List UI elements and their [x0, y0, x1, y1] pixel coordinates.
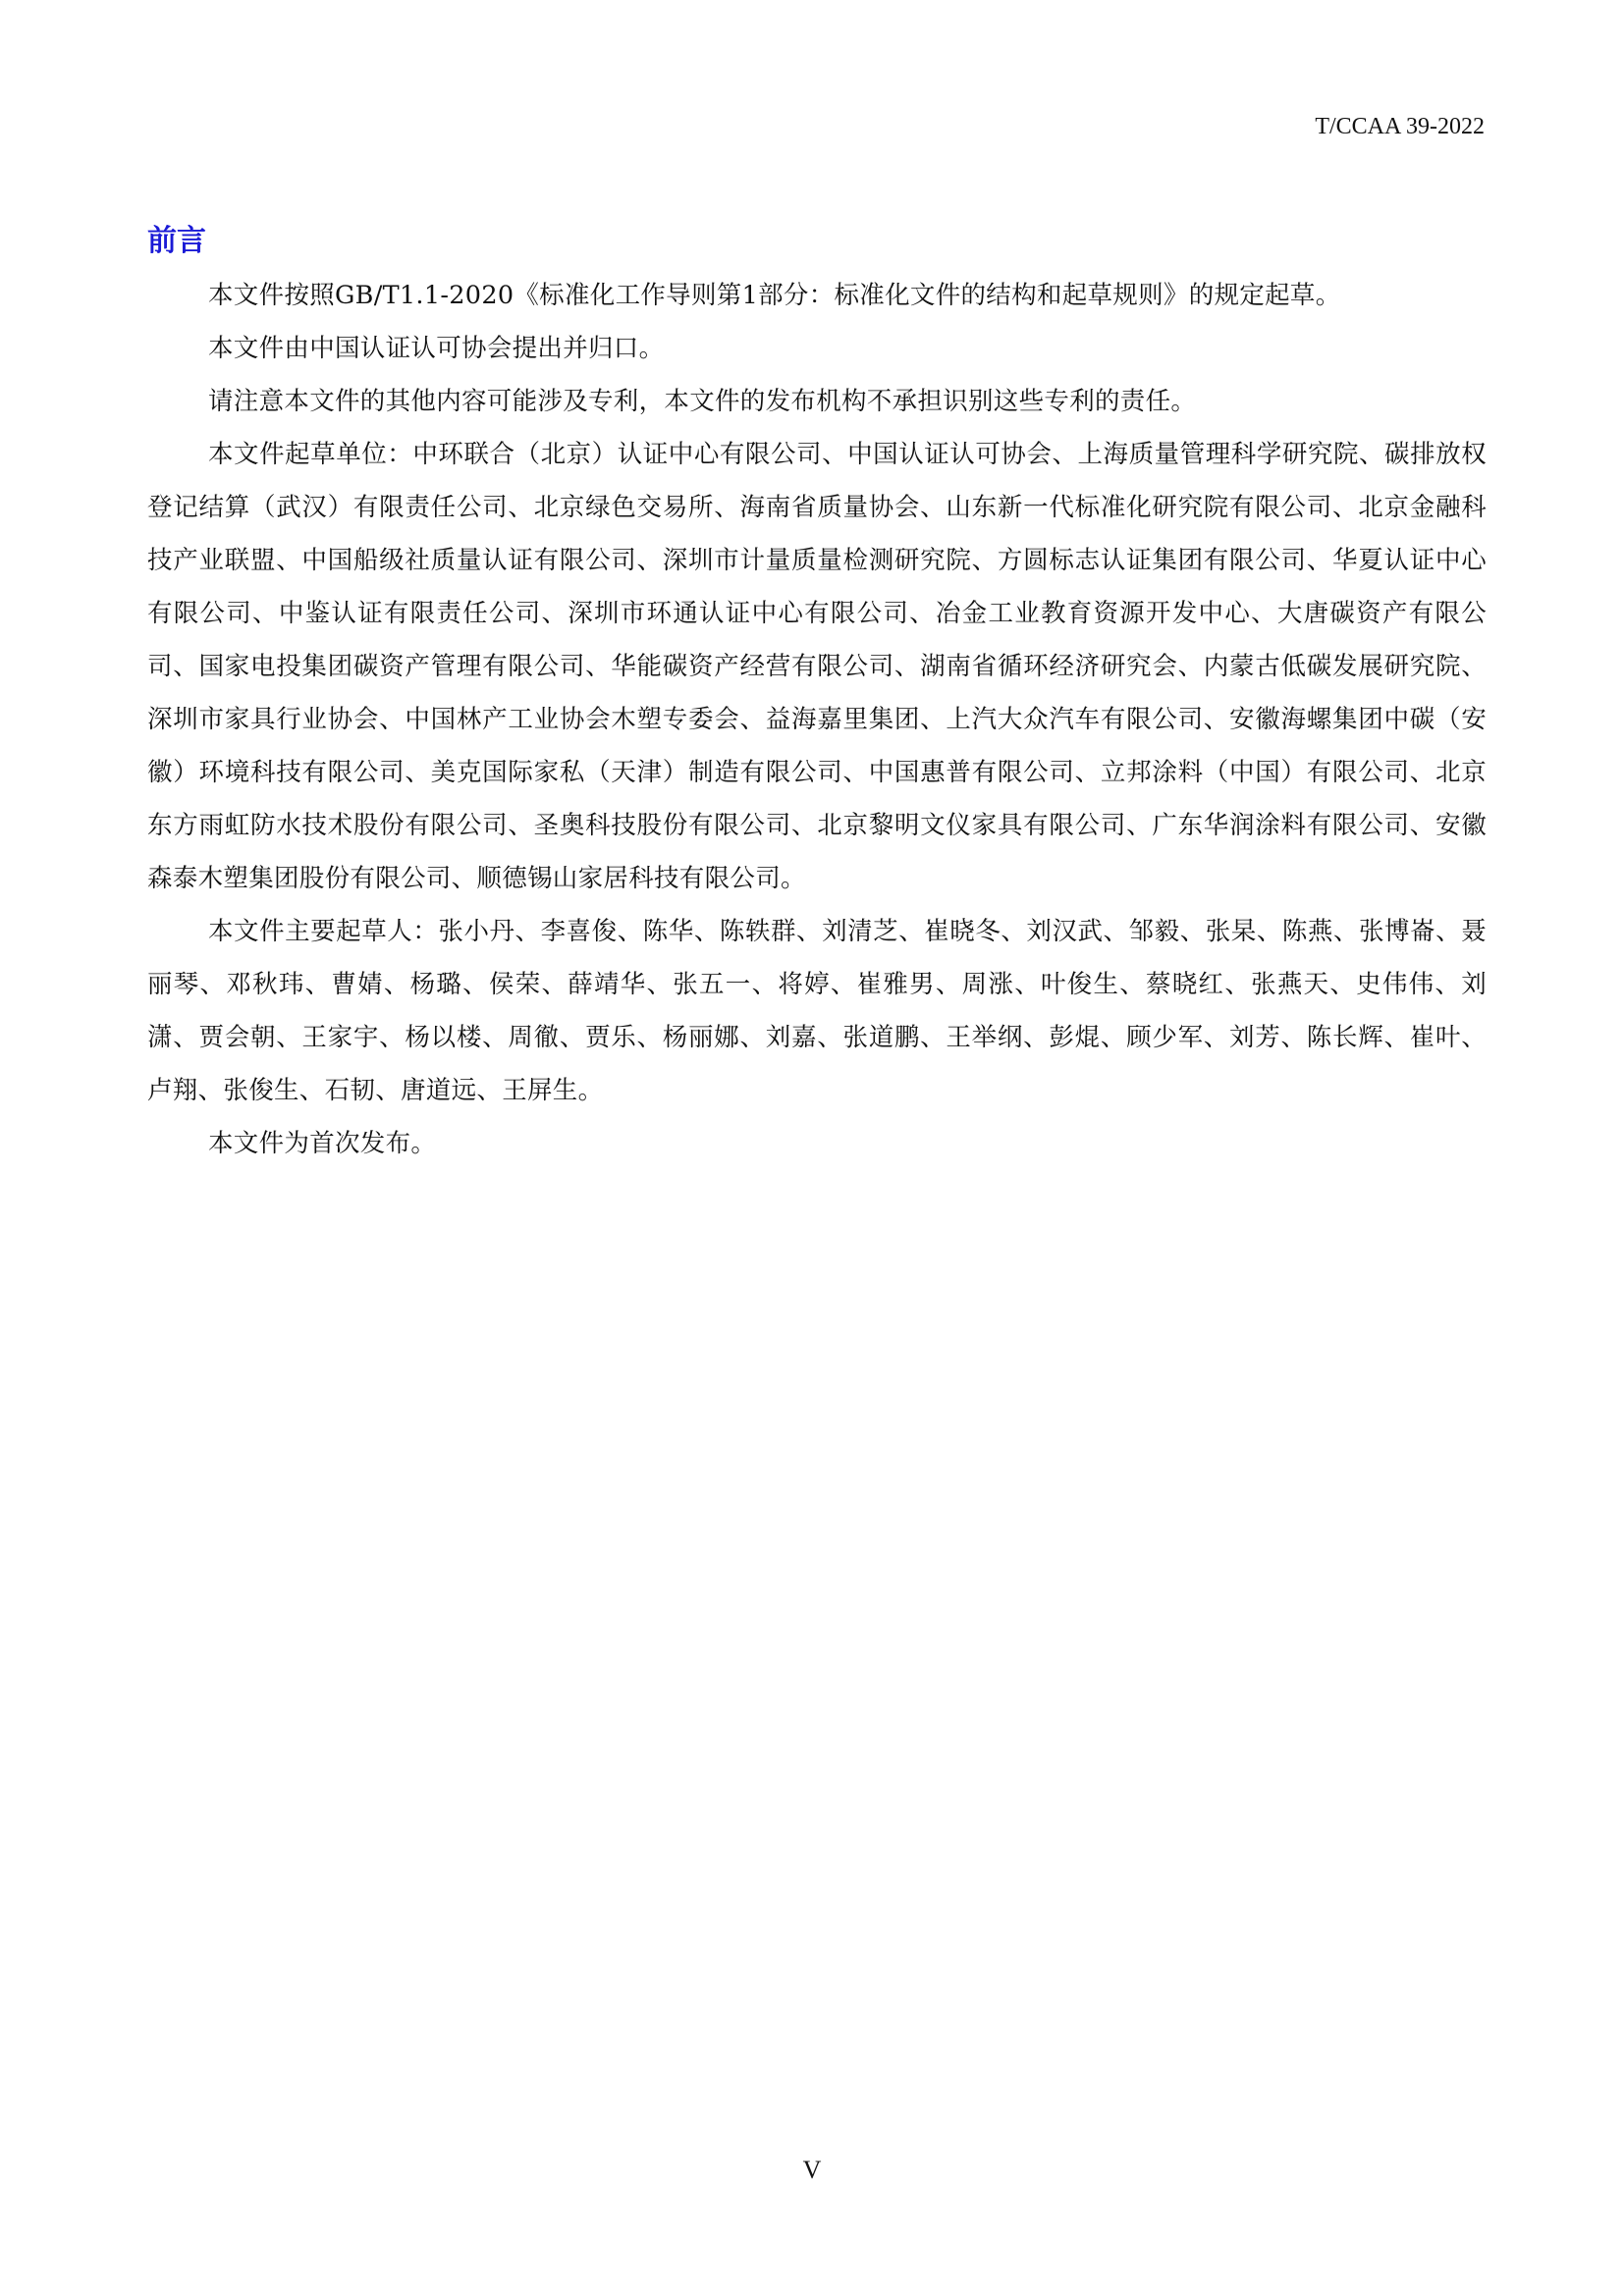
paragraph-patent-notice: 请注意本文件的其他内容可能涉及专利，本文件的发布机构不承担识别这些专利的责任。: [147, 375, 1487, 428]
foreword-body: 本文件按照GB/T1.1-2020《标准化工作导则第1部分：标准化文件的结构和起…: [147, 269, 1487, 1170]
document-code: T/CCAA 39-2022: [1315, 114, 1485, 140]
paragraph-drafters: 本文件主要起草人：张小丹、李喜俊、陈华、陈轶群、刘清芝、崔晓冬、刘汉武、邹毅、张…: [147, 905, 1487, 1117]
paragraph-drafting-units: 本文件起草单位：中环联合（北京）认证中心有限公司、中国认证认可协会、上海质量管理…: [147, 428, 1487, 905]
paragraph-first-release: 本文件为首次发布。: [147, 1117, 1487, 1170]
page-number: V: [0, 2156, 1624, 2185]
paragraph-proposer: 本文件由中国认证认可协会提出并归口。: [147, 322, 1487, 375]
paragraph-drafting-rules: 本文件按照GB/T1.1-2020《标准化工作导则第1部分：标准化文件的结构和起…: [147, 269, 1487, 322]
section-title-foreword: 前言: [147, 216, 206, 259]
